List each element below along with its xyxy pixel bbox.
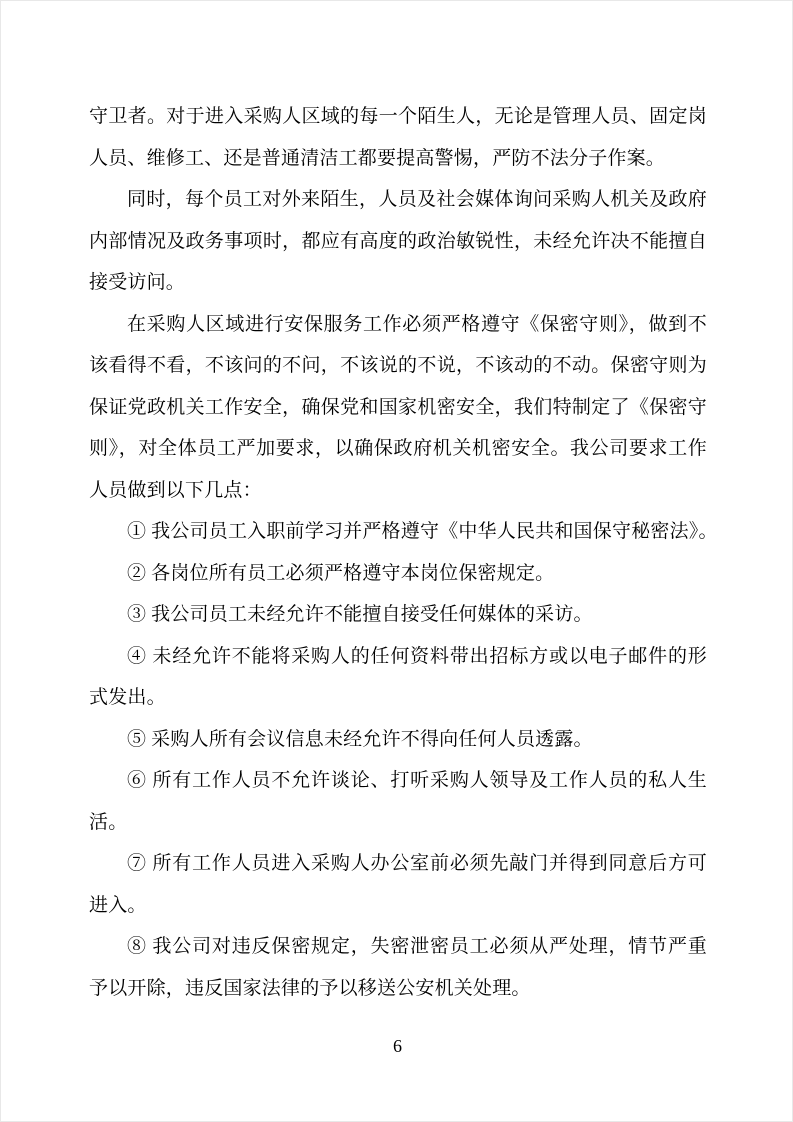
- page-number: 6: [1, 1034, 793, 1058]
- text-line: 该看得不看，不该问的不问，不该说的不说，不该动的不动。保密守则为: [89, 345, 707, 387]
- text-line: ③ 我公司员工未经允许不能擅自接受任何媒体的采访。: [89, 594, 707, 636]
- text-line: 活。: [89, 802, 707, 844]
- text-line: 在采购人区域进行安保服务工作必须严格遵守《保密守则》，做到不: [89, 304, 707, 346]
- text-line: 式发出。: [89, 677, 707, 719]
- text-line: ⑧ 我公司对违反保密规定，失密泄密员工必须从严处理，情节严重的: [89, 926, 707, 968]
- text-line: ① 我公司员工入职前学习并严格遵守《中华人民共和国保守秘密法》。: [89, 511, 707, 553]
- text-line: ⑤ 采购人所有会议信息未经允许不得向任何人员透露。: [89, 719, 707, 761]
- text-line: 予以开除，违反国家法律的予以移送公安机关处理。: [89, 968, 707, 1010]
- text-line: 人员、维修工、还是普通清洁工都要提高警惕，严防不法分子作案。: [89, 138, 707, 180]
- text-line: 同时，每个员工对外来陌生，人员及社会媒体询问采购人机关及政府: [89, 179, 707, 221]
- text-line: 守卫者。对于进入采购人区域的每一个陌生人，无论是管理人员、固定岗: [89, 96, 707, 138]
- text-line: 则》，对全体员工严加要求，以确保政府机关机密安全。我公司要求工作: [89, 428, 707, 470]
- text-line: ⑦ 所有工作人员进入采购人办公室前必须先敲门并得到同意后方可: [89, 843, 707, 885]
- text-line: ⑥ 所有工作人员不允许谈论、打听采购人领导及工作人员的私人生: [89, 760, 707, 802]
- text-line: 内部情况及政务事项时，都应有高度的政治敏锐性，未经允许决不能擅自: [89, 221, 707, 263]
- text-line: 保证党政机关工作安全，确保党和国家机密安全，我们特制定了《保密守: [89, 387, 707, 429]
- text-line: ② 各岗位所有员工必须严格遵守本岗位保密规定。: [89, 553, 707, 595]
- text-line: 进入。: [89, 885, 707, 927]
- document-page: 守卫者。对于进入采购人区域的每一个陌生人，无论是管理人员、固定岗人员、维修工、还…: [0, 0, 793, 1122]
- text-line: ④ 未经允许不能将采购人的任何资料带出招标方或以电子邮件的形: [89, 636, 707, 678]
- document-body: 守卫者。对于进入采购人区域的每一个陌生人，无论是管理人员、固定岗人员、维修工、还…: [89, 96, 707, 1009]
- text-line: 接受访问。: [89, 262, 707, 304]
- text-line: 人员做到以下几点：: [89, 470, 707, 512]
